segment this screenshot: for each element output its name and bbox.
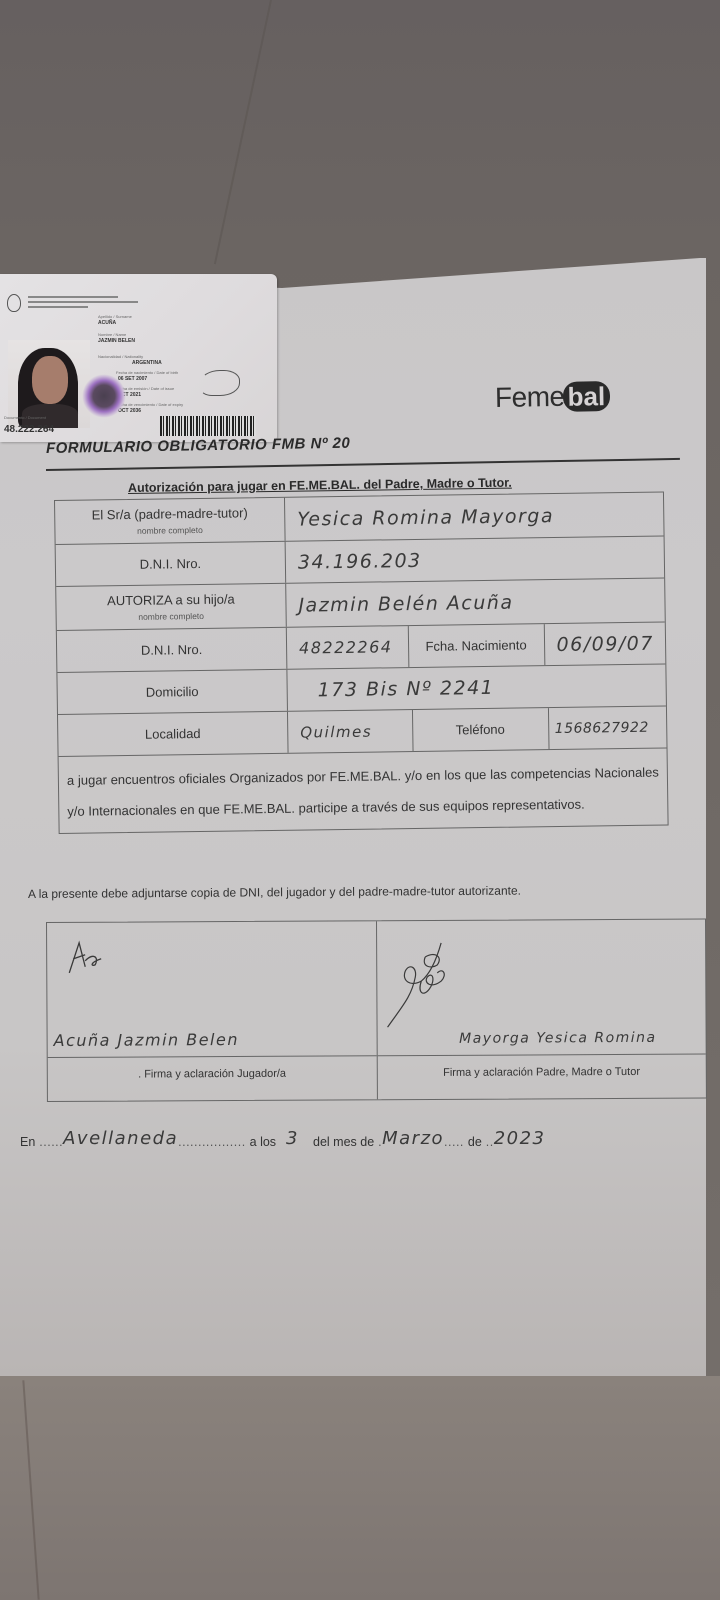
de-label: de: [468, 1135, 482, 1149]
guardian-printed-name: Mayorga Yesica Romina: [459, 1030, 657, 1047]
table-surface: [0, 1376, 720, 1600]
femebal-logo: Feme bal: [495, 380, 611, 414]
logo-ball-icon: bal: [562, 381, 610, 412]
player-signature-line: [48, 1055, 377, 1058]
id-card-header-line: [28, 296, 118, 298]
dot-leader: ......: [35, 1135, 63, 1149]
guardian-dni-label: D.N.I. Nro.: [56, 555, 285, 573]
dot-leader: .: [374, 1135, 382, 1149]
child-label-cell: AUTORIZA a su hijo/a nombre completo: [56, 584, 287, 630]
a-los-label: a los: [250, 1135, 276, 1149]
phone-field[interactable]: 1568627922: [548, 706, 666, 749]
id-surname-label: Apellido / Surname: [98, 314, 132, 319]
consent-text: a jugar encuentros oficiales Organizados…: [59, 748, 668, 832]
guardian-label: El Sr/a (padre-madre-tutor): [55, 505, 284, 523]
barcode-icon: [160, 416, 256, 436]
place-date-line: En ...... Avellaneda ................. a…: [20, 1128, 546, 1149]
en-label: En: [20, 1135, 35, 1149]
phone-label: Teléfono: [412, 708, 549, 751]
player-signature-box[interactable]: Acuña Jazmin Belen . Firma y aclaración …: [47, 921, 376, 1101]
id-document-number: 48.222.264: [4, 424, 54, 435]
dot-leader: .................: [178, 1135, 250, 1149]
background-crease: [214, 0, 272, 264]
city-field[interactable]: Quilmes: [288, 710, 413, 753]
guardian-signature-mark: [381, 937, 461, 1032]
mes-label: del mes de: [313, 1135, 374, 1149]
player-signature-mark: [65, 937, 105, 977]
birth-date-field[interactable]: 06/09/07: [544, 622, 665, 665]
player-printed-name: Acuña Jazmin Belen: [54, 1030, 239, 1050]
guardian-sub-label: nombre completo: [55, 524, 284, 537]
month-field[interactable]: Marzo: [382, 1128, 444, 1149]
portrait-face: [32, 356, 68, 404]
id-signature: [200, 370, 240, 396]
guardian-signature-line: [377, 1054, 706, 1057]
child-label: AUTORIZA a su hijo/a: [56, 591, 285, 609]
year-field[interactable]: 2023: [494, 1128, 546, 1149]
id-expiry-label: Fecha de vencimiento / Date of expiry: [116, 402, 183, 407]
id-card-header-line: [28, 306, 88, 308]
birth-date-label: Fcha. Nacimiento: [408, 624, 545, 667]
guardian-name-field[interactable]: Yesica Romina Mayorga: [285, 492, 664, 540]
id-card-header-line: [28, 301, 138, 303]
address-field[interactable]: 173 Bis Nº 2241: [287, 664, 666, 710]
guardian-signature-box[interactable]: Mayorga Yesica Romina Firma y aclaración…: [376, 920, 706, 1100]
logo-text: Feme: [495, 381, 565, 414]
child-sub-label: nombre completo: [57, 610, 286, 623]
city-label-cell: Localidad: [58, 712, 289, 756]
guardian-label-cell: El Sr/a (padre-madre-tutor) nombre compl…: [55, 498, 286, 544]
player-signature-caption: . Firma y aclaración Jugador/a: [48, 1067, 377, 1081]
authorization-table: El Sr/a (padre-madre-tutor) nombre compl…: [54, 491, 669, 833]
child-dni-field[interactable]: 48222264: [287, 626, 409, 669]
id-name: JAZMIN BELEN: [98, 338, 135, 344]
address-label-cell: Domicilio: [57, 670, 288, 714]
child-name-field[interactable]: Jazmin Belén Acuña: [286, 578, 665, 626]
place-field[interactable]: Avellaneda: [63, 1128, 178, 1149]
id-surname: ACUÑA: [98, 320, 116, 326]
guardian-signature-caption: Firma y aclaración Padre, Madre o Tutor: [377, 1066, 706, 1080]
guardian-dni-field[interactable]: 34.196.203: [286, 536, 665, 582]
id-birth: 06 SET 2007: [118, 376, 147, 382]
city-label: Localidad: [58, 725, 287, 743]
guardian-dni-label-cell: D.N.I. Nro.: [56, 542, 287, 586]
id-card-photo: Apellido / Surname ACUÑA Nombre / Name J…: [0, 274, 277, 442]
signature-table: Acuña Jazmin Belen . Firma y aclaración …: [46, 919, 707, 1102]
day-field[interactable]: 3: [286, 1128, 299, 1149]
child-dni-label: D.N.I. Nro.: [57, 641, 286, 659]
id-document-label: Documento / Document: [4, 415, 46, 420]
hologram-seal-icon: [82, 374, 126, 418]
dot-leader: .....: [444, 1135, 468, 1149]
coat-of-arms-icon: [7, 294, 21, 312]
address-label: Domicilio: [58, 683, 287, 701]
consent-row: a jugar encuentros oficiales Organizados…: [59, 748, 668, 832]
id-nationality-label: Nacionalidad / Nationality: [98, 354, 143, 359]
id-birth-label: Fecha de nacimiento / Date of birth: [116, 370, 178, 375]
child-dni-label-cell: D.N.I. Nro.: [57, 628, 288, 672]
id-nationality: ARGENTINA: [132, 360, 162, 366]
dot-leader: ..: [482, 1135, 494, 1149]
id-name-label: Nombre / Name: [98, 332, 126, 337]
